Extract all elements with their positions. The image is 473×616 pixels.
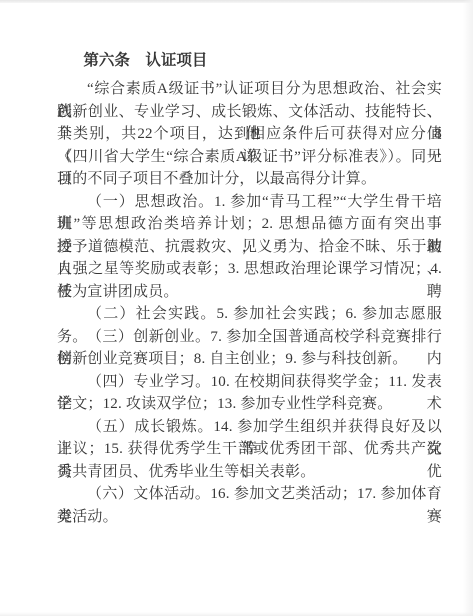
- text-line: （一）思想政治。1. 参加“青马工程”“大学生骨干培训: [57, 191, 442, 214]
- text-line: 创新创业、专业学习、成长锻炼、文体活动、技能特长、其他8: [57, 101, 442, 124]
- page-right-edge: [463, 0, 473, 616]
- text-line: 个类别，共22个项目，达到相应条件后可获得对应分值（详见: [57, 123, 442, 146]
- page-bottom-edge: [0, 612, 473, 616]
- text-line: 论文；12. 攻读双学位；13. 参加专业性学科竞赛。: [57, 393, 442, 416]
- text-line: 创新创业竞赛项目；8. 自主创业；9. 参与科技创新。: [57, 348, 442, 371]
- text-line: 自强之星等奖励或表彰；3. 思想政治理论课学习情况；4. 被聘: [57, 258, 442, 281]
- text-line: 《四川省大学生“综合素质A级证书”评分标准表》）。同一项: [57, 146, 442, 169]
- text-line: （三）创新创业。7. 参加全国普通高校学科竞赛排行榜内: [57, 326, 442, 349]
- text-line: 班”等思想政治类培养计划；2. 思想品德方面有突出事迹，被: [57, 213, 442, 236]
- page-top-edge: [0, 0, 473, 3]
- text-line: （二）社会实践。5. 参加社会实践；6. 参加志愿服务。: [57, 303, 442, 326]
- text-line: 评议；15. 获得优秀学生干部或优秀团干部、优秀共产党员、优: [57, 438, 442, 461]
- text-line: （六）文体活动。16. 参加文艺类活动；17. 参加体育竞赛: [57, 483, 442, 506]
- text-line: （四）专业学习。10. 在校期间获得奖学金；11. 发表学术: [57, 371, 442, 394]
- text-line: “综合素质A级证书”认证项目分为思想政治、社会实践、: [57, 78, 442, 101]
- text-line: 授予道德模范、抗震救灾、见义勇为、拾金不昧、乐于助人、: [57, 236, 442, 259]
- text-line: （五）成长锻炼。14. 参加学生组织并获得良好及以上等次: [57, 416, 442, 439]
- article-text-block: 第六条 认证项目 “综合素质A级证书”认证项目分为思想政治、社会实践、 创新创业…: [57, 49, 442, 528]
- text-line: 目的不同子项目不叠加计分，以最高得分计算。: [57, 168, 442, 191]
- article-heading: 第六条 认证项目: [57, 49, 442, 73]
